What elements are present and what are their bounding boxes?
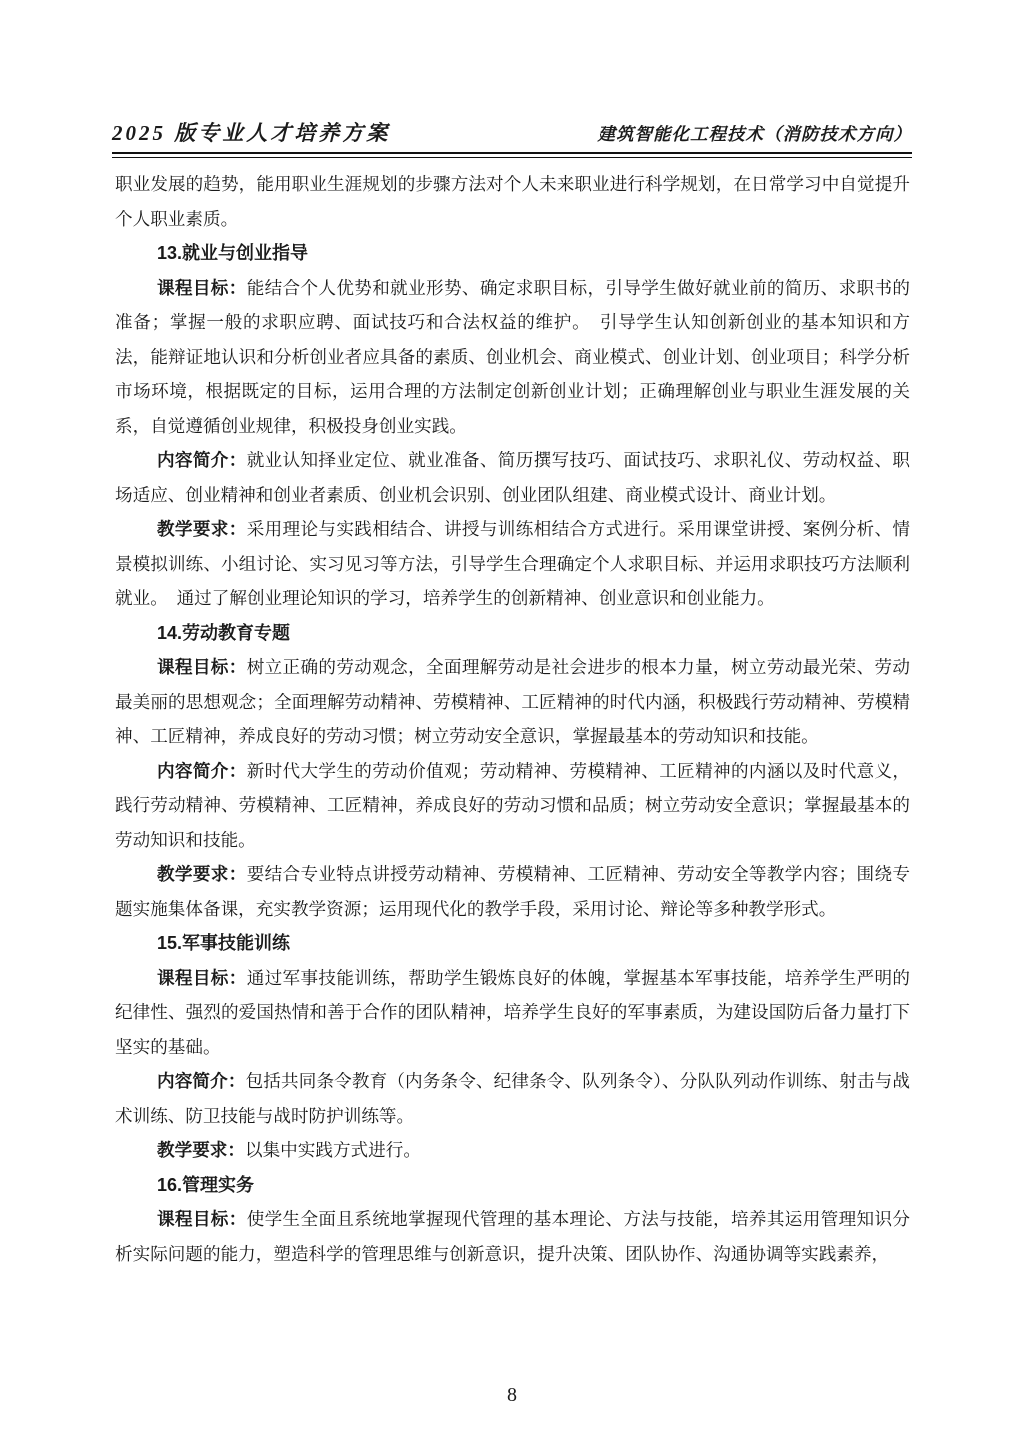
page-header: 2025 版专业人才培养方案 建筑智能化工程技术（消防技术方向） [112, 117, 912, 158]
section-heading-14: 14.劳动教育专题 [115, 616, 910, 651]
page-header-row: 2025 版专业人才培养方案 建筑智能化工程技术（消防技术方向） [112, 117, 912, 147]
paragraph-teaching-req-15: 教学要求：以集中实践方式进行。 [115, 1133, 910, 1168]
paragraph-course-goal-13: 课程目标：能结合个人优势和就业形势、确定求职目标，引导学生做好就业前的简历、求职… [115, 271, 910, 444]
paragraph-text: 能结合个人优势和就业形势、确定求职目标，引导学生做好就业前的简历、求职书的准备；… [115, 278, 910, 436]
section-heading-text: 14.劳动教育专题 [157, 623, 290, 643]
paragraph-label: 课程目标： [157, 1209, 247, 1229]
paragraph-course-goal-14: 课程目标：树立正确的劳动观念，全面理解劳动是社会进步的根本力量，树立劳动最光荣、… [115, 650, 910, 754]
document-body: 职业发展的趋势，能用职业生涯规划的步骤方法对个人未来职业进行科学规划，在日常学习… [115, 167, 910, 1271]
paragraph-text: 以集中实践方式进行。 [245, 1140, 421, 1160]
paragraph-label: 内容简介： [157, 1071, 246, 1091]
paragraph-label: 教学要求： [157, 519, 247, 539]
header-left-title: 2025 版专业人才培养方案 [112, 117, 390, 147]
page-footer: 8 [0, 1384, 1024, 1407]
header-right-title: 建筑智能化工程技术（消防技术方向） [598, 121, 913, 146]
section-heading-text: 13.就业与创业指导 [157, 243, 308, 263]
paragraph-teaching-req-14: 教学要求：要结合专业特点讲授劳动精神、劳模精神、工匠精神、劳动安全等教学内容；围… [115, 857, 910, 926]
section-heading-text: 15.军事技能训练 [157, 933, 290, 953]
paragraph-label: 教学要求： [157, 1140, 245, 1160]
paragraph-text: 职业发展的趋势，能用职业生涯规划的步骤方法对个人未来职业进行科学规划，在日常学习… [115, 174, 910, 229]
paragraph-label: 课程目标： [157, 278, 247, 298]
paragraph-course-goal-15: 课程目标：通过军事技能训练，帮助学生锻炼良好的体魄，掌握基本军事技能，培养学生严… [115, 961, 910, 1065]
document-page: 2025 版专业人才培养方案 建筑智能化工程技术（消防技术方向） 职业发展的趋势… [0, 0, 1024, 1448]
header-double-rule [112, 152, 912, 158]
paragraph-label: 内容简介： [157, 450, 247, 470]
section-heading-13: 13.就业与创业指导 [115, 236, 910, 271]
paragraph-label: 教学要求： [157, 864, 247, 884]
paragraph-label: 课程目标： [157, 968, 247, 988]
paragraph-teaching-req-13: 教学要求：采用理论与实践相结合、讲授与训练相结合方式进行。采用课堂讲授、案例分析… [115, 512, 910, 616]
paragraph-continuation: 职业发展的趋势，能用职业生涯规划的步骤方法对个人未来职业进行科学规划，在日常学习… [115, 167, 910, 236]
page-number: 8 [507, 1384, 517, 1406]
section-heading-text: 16.管理实务 [157, 1175, 254, 1195]
section-heading-15: 15.军事技能训练 [115, 926, 910, 961]
paragraph-course-goal-16: 课程目标：使学生全面且系统地掌握现代管理的基本理论、方法与技能，培养其运用管理知… [115, 1202, 910, 1271]
paragraph-content-intro-13: 内容简介：就业认知择业定位、就业准备、简历撰写技巧、面试技巧、求职礼仪、劳动权益… [115, 443, 910, 512]
paragraph-content-intro-14: 内容简介：新时代大学生的劳动价值观；劳动精神、劳模精神、工匠精神的内涵以及时代意… [115, 754, 910, 858]
paragraph-label: 内容简介： [157, 761, 247, 781]
section-heading-16: 16.管理实务 [115, 1168, 910, 1203]
paragraph-label: 课程目标： [157, 657, 247, 677]
paragraph-content-intro-15: 内容简介：包括共同条令教育（内务条令、纪律条令、队列条令）、分队队列动作训练、射… [115, 1064, 910, 1133]
